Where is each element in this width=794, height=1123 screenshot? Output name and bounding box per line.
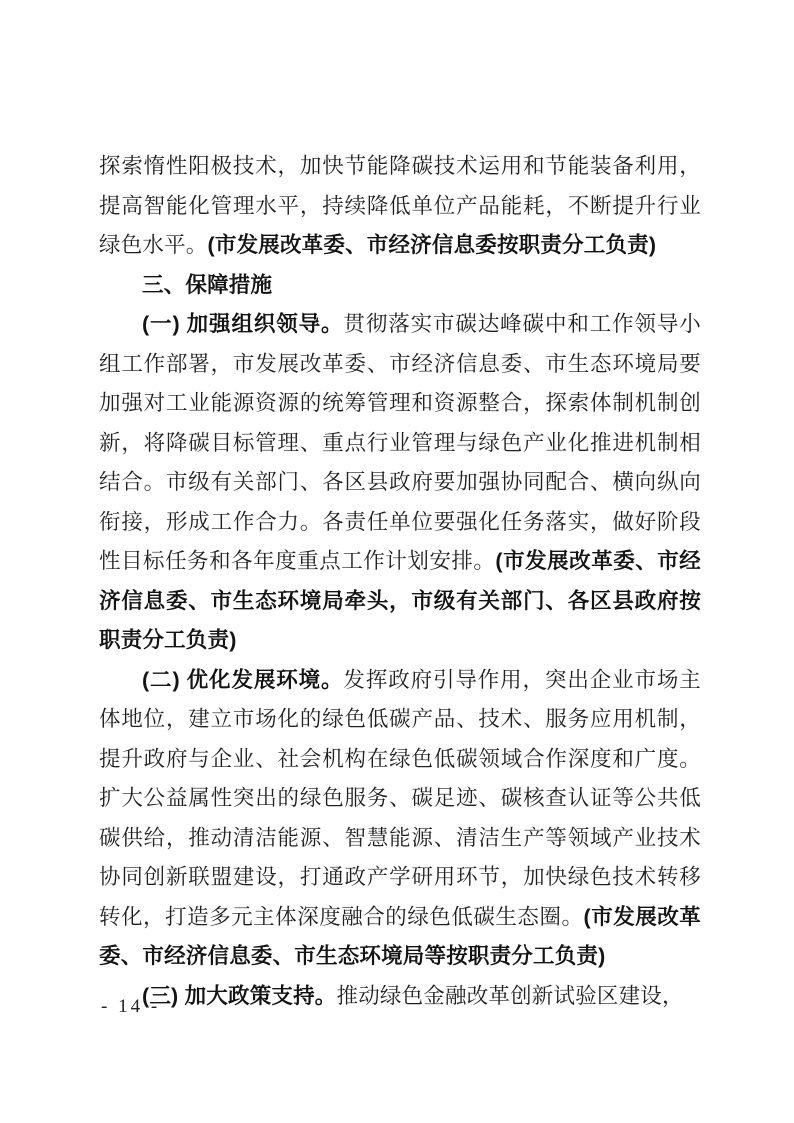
page-number: - 14 - xyxy=(101,996,160,1018)
paragraph-item-2: (二) 优化发展环境。发挥政府引导作用，突出企业市场主体地位，建立市场化的绿色低… xyxy=(99,661,701,977)
item-2-text: 发挥政府引导作用，突出企业市场主体地位，建立市场化的绿色低碳产品、技术、服务应用… xyxy=(99,668,701,929)
section-heading: 三、保障措施 xyxy=(99,266,701,306)
item-2-heading: (二) 优化发展环境。 xyxy=(142,668,343,692)
item-3-heading: (三) 加大政策支持。 xyxy=(142,984,337,1008)
document-body: 探索惰性阳极技术，加快节能降碳技术运用和节能装备利用，提高智能化管理水平，持续降… xyxy=(99,147,701,1016)
item-1-heading: (一) 加强组织领导。 xyxy=(142,312,343,336)
item-3-text: 推动绿色金融改革创新试验区建设， xyxy=(337,984,684,1008)
paragraph-item-1: (一) 加强组织领导。贯彻落实市碳达峰碳中和工作领导小组工作部署，市发展改革委、… xyxy=(99,305,701,661)
responsibility-attribution: (市发展改革委、市经济信息委按职责分工负责) xyxy=(208,233,657,257)
paragraph-item-3: (三) 加大政策支持。推动绿色金融改革创新试验区建设， xyxy=(99,977,701,1017)
paragraph-continuation: 探索惰性阳极技术，加快节能降碳技术运用和节能装备利用，提高智能化管理水平，持续降… xyxy=(99,147,701,266)
item-1-text: 贯彻落实市碳达峰碳中和工作领导小组工作部署，市发展改革委、市经济信息委、市生态环… xyxy=(99,312,701,573)
document-page: 探索惰性阳极技术，加快节能降碳技术运用和节能装备利用，提高智能化管理水平，持续降… xyxy=(0,0,794,1123)
